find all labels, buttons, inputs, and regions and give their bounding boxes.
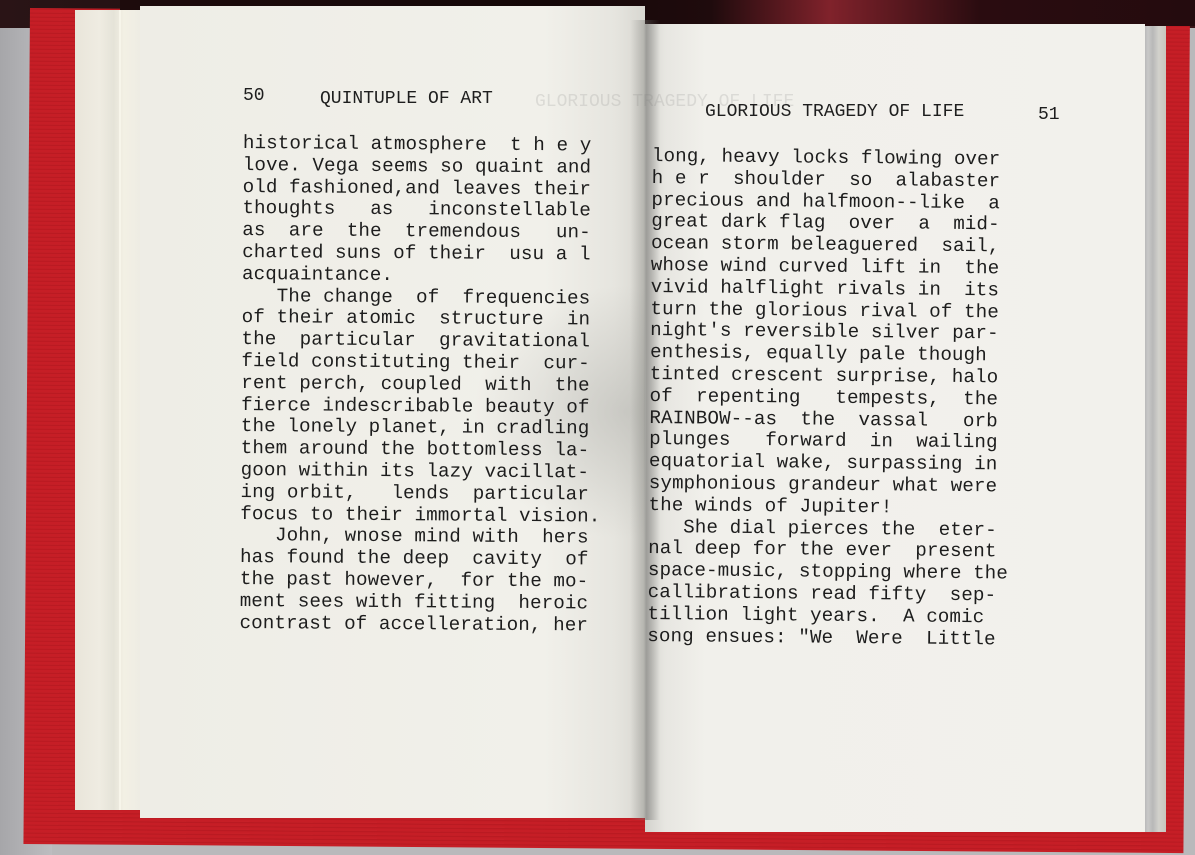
text-line: contrast of accelleration, her (240, 613, 600, 637)
right-page-body: long, heavy locks flowing overh e r shou… (647, 146, 1012, 651)
left-running-head: QUINTUPLE OF ART (320, 89, 493, 109)
page-stack-left (75, 10, 146, 810)
page-stack-right (1142, 26, 1166, 832)
left-page-body: historical atmosphere t h e ylove. Vega … (240, 133, 604, 637)
right-page-number: 51 (1038, 105, 1060, 125)
text-line: song ensues: "We Were Little (647, 626, 1007, 651)
right-running-head: GLORIOUS TRAGEDY OF LIFE (705, 102, 964, 122)
page-edge (119, 10, 121, 810)
left-page-number: 50 (243, 86, 265, 106)
